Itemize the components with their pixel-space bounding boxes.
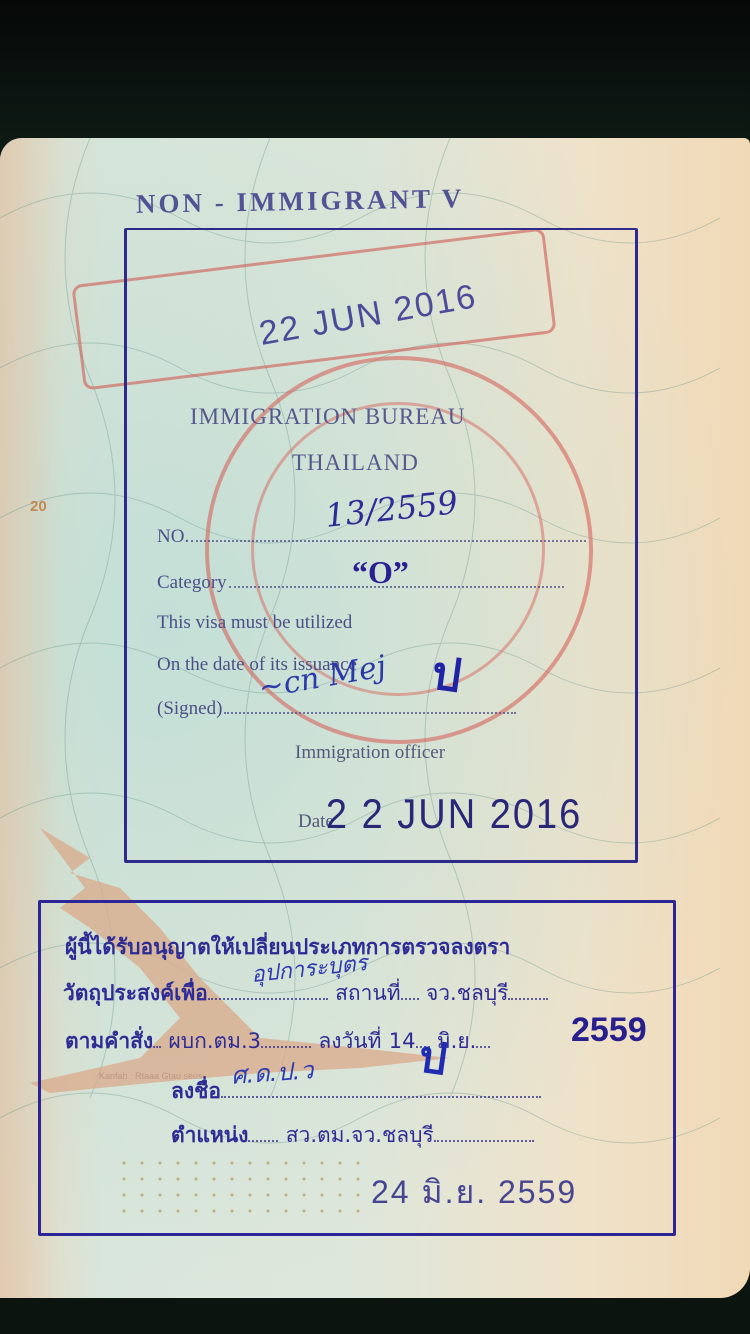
stamp-issue-date: 24 มิ.ย. 2559 <box>371 1167 577 1218</box>
sign-row: ลงชื่อ <box>171 1075 541 1108</box>
purpose-label: วัตถุประสงค์เพื่อ <box>63 981 208 1005</box>
position-row: ตำแหน่ง สว.ตม.จว.ชลบุรี <box>171 1119 534 1152</box>
validity-row-1: This visa must be utilized <box>157 612 352 634</box>
dotted-line <box>434 1140 534 1142</box>
dotted-line <box>508 998 548 1000</box>
change-of-visa-stamp: ผู้นี้ได้รับอนุญาตให้เปลี่ยนประเภทการตรว… <box>38 900 676 1236</box>
category-row: Category <box>157 572 564 594</box>
sign-label: ลงชื่อ <box>171 1079 221 1103</box>
validity-text-1: This visa must be utilized <box>157 612 352 634</box>
issuer-line-1: IMMIGRATION BUREAU <box>190 404 465 430</box>
visa-number-row: NO. <box>157 526 586 548</box>
visa-number-label: NO. <box>157 526 189 548</box>
dotted-line <box>401 998 419 1000</box>
dotted-line <box>229 585 564 588</box>
dotted-line <box>261 1046 311 1048</box>
place-label: สถานที่ <box>335 981 401 1005</box>
signed-row: (Signed) <box>157 698 516 720</box>
dated-day: 14 <box>389 1029 416 1053</box>
dotted-line <box>191 539 586 542</box>
dotted-line <box>224 711 516 714</box>
order-label: ตามคำสั่ง <box>65 1029 153 1053</box>
dotted-line <box>153 1046 161 1048</box>
dotted-line <box>476 1046 490 1048</box>
place-value: จว.ชลบุรี <box>426 981 509 1005</box>
position-value: สว.ตม.จว.ชลบุรี <box>286 1123 434 1147</box>
dotted-line <box>208 998 328 1000</box>
officer-title: Immigration officer <box>295 742 445 764</box>
dotted-line <box>248 1140 278 1142</box>
order-value: ผบก.ตม.3 <box>169 1029 262 1053</box>
faint-background-print: Kanfah : Rtaaa Gtau seus <box>99 1071 203 1081</box>
category-label: Category <box>157 572 227 594</box>
position-label: ตำแหน่ง <box>171 1123 248 1147</box>
issuer-line-2: THAILAND <box>292 450 419 476</box>
stamp-signature: ศ.ด.ป.ว <box>230 1050 315 1095</box>
page-number: 20 <box>30 498 47 515</box>
dark-background-top <box>0 0 750 160</box>
visa-type-header: NON - IMMIGRANT V <box>136 183 465 220</box>
dated-year: 2559 <box>571 1011 647 1050</box>
perforation-dots <box>115 1155 365 1225</box>
dotted-line <box>221 1096 541 1098</box>
passport-page: 20 NON - IMMIGRANT V 22 JUN 2016 IMMIGRA… <box>0 138 750 1298</box>
signed-label: (Signed) <box>157 698 222 720</box>
dated-label: ลงวันที่ <box>318 1029 381 1053</box>
